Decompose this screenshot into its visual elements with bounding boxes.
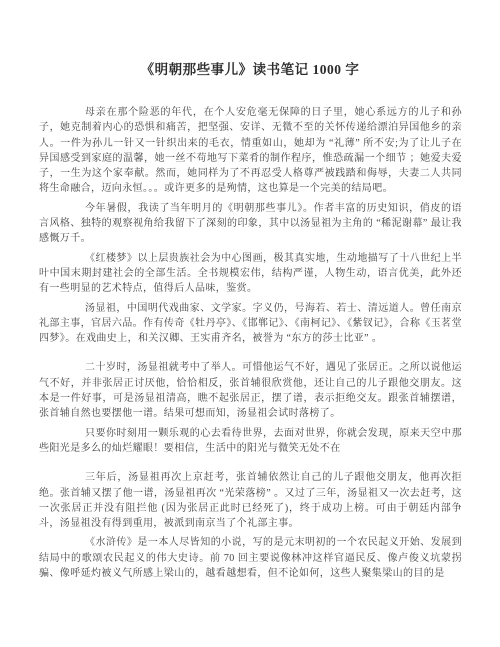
paragraph-shuihuzhuan: 《水浒传》是一本人尽皆知的小说，写的是元末明初的一个农民起义开始、发展到结局中的… [39, 535, 462, 581]
paragraph-three-years-later: 三年后，汤显祖再次上京赶考，张首辅依然让自己的儿子跟他交朋友，他再次拒绝。张首辅… [39, 470, 462, 531]
paragraph-tangxianzu-bio: 汤显祖，中国明代戏曲家、文学家。字义仍，号海若、若士、清远道人。曾任南京礼部主事… [39, 301, 462, 347]
document-page: 《明朝那些事儿》读书笔记 1000 字 母亲在那个险恶的年代，在个人安危毫无保障… [0, 0, 500, 647]
paragraph-optimism: 只要你时刻用一颗乐观的心去看待世界，去面对世界，你就会发现，原来天空中那些阳光是… [39, 426, 462, 457]
document-title: 《明朝那些事儿》读书笔记 1000 字 [0, 0, 500, 78]
paragraph-hongloumeng: 《红楼梦》以上层贵族社会为中心图画，极其真实地，生动地描写了十八世纪上半叶中国末… [39, 251, 462, 297]
document-body: 母亲在那个险恶的年代，在个人安危毫无保障的日子里，她心系远方的儿子和孙子，她克制… [0, 105, 500, 581]
paragraph-mother: 母亲在那个险恶的年代，在个人安危毫无保障的日子里，她心系远方的儿子和孙子，她克制… [39, 105, 462, 197]
paragraph-summer-read: 今年暑假，我读了当年明月的《明朝那些事儿》。作者丰富的历史知识，俏皮的语言风格、… [39, 201, 462, 247]
paragraph-exam-story: 二十岁时，汤显祖就考中了举人。可惜他运气不好，遇见了张居正。之所以说他运气不好，… [39, 360, 462, 421]
